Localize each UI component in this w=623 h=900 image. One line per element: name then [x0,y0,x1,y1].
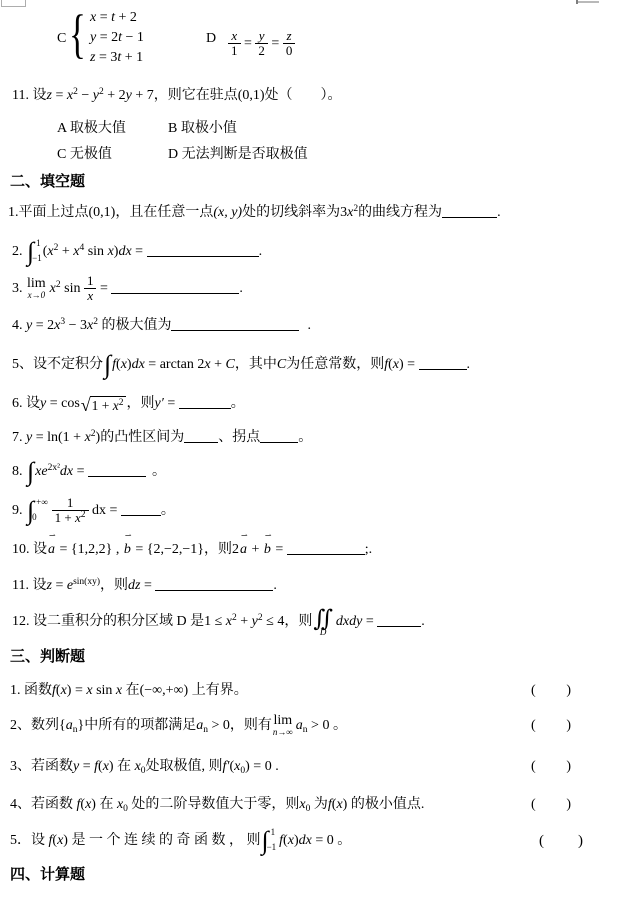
superscript: 2 [73,87,78,97]
equation-system: x = t + 2 y = 2t − 1 z = 3t + 1 [90,8,144,68]
blank-underline [155,578,273,591]
integral-upper-bound: +∞ [36,498,48,507]
judge-question-4: 4、若函数 f(x) 在 x0 处的二阶导数值大于零，则x0 为f(x) 的极小… [0,795,623,815]
section-header-judge: 三、判断题 [0,646,623,666]
vector-arrow-icon: ⇀ [241,532,248,540]
text: 4、若函数 [10,797,77,812]
choice-options-row-1: A 取极大值 B 取极小值 [0,119,623,139]
answer-parentheses: () [531,757,571,777]
text: . [273,578,277,593]
subscript: 0 [123,804,128,814]
text: = arctan 2 [145,357,205,372]
text: 1 [67,495,74,510]
vector-letter: b [264,542,271,557]
text: 3、若函数 [10,759,73,774]
math-variable: dx [118,244,131,259]
judge-question-4-text: 4、若函数 f(x) 在 x0 处的二阶导数值大于零，则x0 为f(x) 的极小… [10,797,424,812]
text: 处取极值, 则 [146,759,223,774]
text: ;. [365,542,372,557]
limit-label: lim [274,714,293,728]
text: . [467,357,471,372]
superscript: 2 [56,280,61,290]
text: 11. 设 [12,578,46,593]
numerator: x [228,29,240,43]
text: 。 [298,430,312,445]
text: = 2 [96,30,118,45]
fill-question-12: 12. 设二重积分的积分区域 D 是1 ≤ x2 + y2 ≤ 4，则∬Ddxd… [0,606,623,638]
math-variable: dz [128,578,140,593]
superscript: 4 [79,243,84,253]
text: + [211,357,226,372]
subscript: 0 [240,766,245,776]
integral: ∫+∞0 [27,497,48,525]
fraction: 1x [84,274,97,304]
text: = [79,759,94,774]
math-variable: dx [60,464,73,479]
text: dx = [89,503,121,518]
text: ≤ 4，则 [263,614,313,629]
blank-underline [442,205,497,218]
text: ) = [67,683,87,698]
math-variable: x [47,244,53,259]
limit: limn→∞ [273,714,293,737]
vector: ⇀b [264,539,271,561]
superscript: 2x² [48,463,60,473]
vector-letter: a [48,542,55,557]
fill-question-7: 7. y = ln(1 + x2)的凸性区间为、拐点。 [0,428,623,448]
text: = cos [46,396,80,411]
superscript: 2 [91,429,96,439]
fraction: z0 [283,29,296,59]
math-variable: x [299,797,305,812]
text: + [248,542,263,557]
math-variable: x [231,28,237,43]
fill-question-2: 2. ∫1−1(x2 + x4 sin x)dx = . [0,236,623,268]
superscript: 2 [54,243,59,253]
vector: ⇀a [240,539,247,561]
integral-upper-bound: 1 [271,828,277,837]
text: = 2 [32,318,54,333]
text: (0,1) [89,205,116,220]
denominator: 0 [283,43,296,58]
text: 。 [231,396,245,411]
blank-underline [147,244,259,257]
judge-question-2-text: 2、数列{an}中所有的项都满足an > 0，则有limn→∞an > 0 。 [10,718,347,733]
text: = [362,614,377,629]
text: = 3 [95,50,117,65]
denominator: 1 + x2 [52,510,89,525]
text: ，则 [127,396,155,411]
text: = [140,578,155,593]
paren-open: ( [531,795,536,815]
answer-parentheses: () [531,795,571,815]
integral: ∫1−1 [27,238,42,266]
text: = [52,578,67,593]
denominator: 2 [255,43,268,58]
text: 4. [12,318,26,333]
text: sin [61,281,84,296]
choice-cd-row: C { x = t + 2 y = 2t − 1 z = 3t + 1 D x1… [0,6,623,70]
text: = [52,88,67,103]
denominator: x [84,288,97,303]
numerator: 1 [84,274,97,288]
integral-bounds: 1−1 [269,827,277,855]
math-variable: y [93,88,99,103]
answer-parentheses: () [539,826,583,856]
text: . [239,281,243,296]
text: ) 是 一 个 连 续 的 奇 函 数 ， 则 [63,833,260,848]
option-d-formula: x1 = y2 = z0 [228,22,295,66]
subscript: n [203,725,208,735]
subscript: 0 [306,804,311,814]
vector-letter: b [124,542,131,557]
integral-domain-label: D [320,628,327,637]
text: ，其中 [235,357,277,372]
text: 1 + [55,510,75,525]
section-header-calc: 四、计算题 [0,864,623,884]
integral-bounds: 1−1 [34,238,42,266]
text: = {2,−2,−1}，则2 [132,542,239,557]
judge-question-3: 3、若函数y = f(x) 在 x0处取极值, 则f′(x0) = 0 . () [0,757,623,777]
math-variable: a [66,718,73,733]
text: = 0 。 [312,833,351,848]
blank-underline [179,396,231,409]
option-d-label: D [206,31,216,47]
text: 5．设 [10,833,49,848]
text: 2、数列{ [10,718,66,733]
text: ) = 0 . [245,759,279,774]
fraction: 11 + x2 [52,496,89,526]
paren-open: ( [531,757,536,777]
text: . [421,614,425,629]
superscript: sin(xy) [73,577,100,587]
text: 、拐点 [218,430,260,445]
text: + 2 [104,88,126,103]
text: > 0 。 [308,718,347,733]
text: − 3 [65,318,87,333]
math-variable: f′ [223,759,230,774]
text: = [132,244,147,259]
vector: ⇀a [48,539,55,561]
screen-artifact-topright [577,1,599,3]
judge-question-1: 1. 函数f(x) = x sin x 在(−∞,+∞) 上有界。 () [0,681,623,701]
text: 7. [12,430,26,445]
vector-arrow-icon: ⇀ [125,532,132,540]
text: + [237,614,252,629]
answer-parentheses: () [531,713,571,739]
text: ) = [399,357,419,372]
numerator: 1 [64,496,77,510]
math-variable: C [277,357,286,372]
blank-underline [287,542,365,555]
math-variable: x [75,510,81,525]
integral-lower-bound: 0 [32,513,48,522]
integral: ∫ [27,458,34,486]
math-variable: x [85,430,91,445]
blank-underline [121,503,161,516]
subscript: 0 [141,766,146,776]
choice-options-row-2: C 无极值 D 无法判断是否取极值 [0,145,623,165]
option-c: C 无极值 [57,145,112,165]
system-equation-2: y = 2t − 1 [90,28,144,48]
text: 在(−∞,+∞) 上有界。 [122,683,248,698]
judge-question-2: 2、数列{an}中所有的项都满足an > 0，则有limn→∞an > 0 。 … [0,713,623,739]
text: 8. [12,464,26,479]
judge-question-1-text: 1. 函数f(x) = x sin x 在(−∞,+∞) 上有界。 [10,683,248,698]
text: = [268,36,283,51]
text: = [241,36,256,51]
integral-lower-bound: −1 [32,254,42,263]
text: = {1,2,2} , [56,542,123,557]
vector-letter: a [240,542,247,557]
superscript: 3 [60,317,65,327]
math-variable: dx [132,357,145,372]
option-a: A 取极大值 [57,119,126,139]
text: = ln [32,430,58,445]
text: − 1 [122,30,144,45]
text: = [96,281,111,296]
superscript: 2 [258,613,263,623]
blank-underline [184,430,218,443]
limit-under: n→∞ [273,728,293,737]
fill-question-11: 11. 设z = esin(xy)，则dz = . [0,575,623,597]
integral-upper-bound: 1 [36,239,42,248]
superscript: 2 [93,317,98,327]
text: . [307,318,311,333]
text: }中所有的项都满足 [77,718,196,733]
vector: ⇀b [124,539,131,561]
text: ) 在 [91,797,117,812]
limit-label: lim [27,277,46,291]
text: 1 [87,273,94,288]
blank-underline [377,614,421,627]
text: − [78,88,93,103]
text: sin [84,244,107,259]
integral-lower-bound: −1 [267,843,277,852]
text: = [96,10,111,25]
text: 为 [310,797,328,812]
text: 5、设不定积分 [12,357,103,372]
option-b: B 取极小值 [168,119,237,139]
vector-arrow-icon: ⇀ [49,532,56,540]
integral-sign: ∫ [27,458,34,486]
subscript: n [73,725,78,735]
superscript: 2 [81,510,86,520]
math-variable: x [87,288,93,303]
text: 12. 设二重积分的积分区域 D 是1 ≤ [12,614,226,629]
text: 1 + [92,398,113,413]
math-variable: y [252,614,258,629]
math-variable: C [226,357,235,372]
integral-sign: ∫ [104,351,111,379]
fill-question-6: 6. 设y = cos√1 + x2，则y′ = 。 [0,392,623,416]
paren-close: ) [578,826,583,856]
math-variable: y′ [155,396,164,411]
paren-close: ) [566,757,571,777]
text: (1 + [58,430,85,445]
superscript: 2 [232,613,237,623]
blank-underline [88,464,146,477]
fill-question-4: 4. y = 2x3 − 3x2 的极大值为. [0,316,623,336]
blank-underline [260,430,298,443]
section-header-fill: 二、填空题 [0,171,623,191]
fill-question-1: 1.平面上过点(0,1)，且在任意一点(x, y)处的切线斜率为3x2的曲线方程… [0,203,623,223]
paren-close: ) [566,713,571,739]
math-variable: z [287,28,292,43]
text: 处（ ）。 [265,88,342,103]
fill-question-8: 8. ∫xe2x²dx = 。 [0,458,623,486]
text: ，且在任意一点 [115,205,213,220]
judge-question-5-text: 5．设 f(x) 是 一 个 连 续 的 奇 函 数 ， 则∫1−1f(x)dx… [10,833,351,848]
text: 2. [12,244,26,259]
paren-open: ( [531,681,536,701]
text: (0,1) [238,88,265,103]
numerator: z [284,29,295,43]
text: 10. 设 [12,542,47,557]
text: 处的切线斜率为3 [242,205,347,220]
math-variable: x [50,281,56,296]
text: = [73,464,88,479]
math-variable: xe [35,464,47,479]
option-d: D 无法判断是否取极值 [168,145,308,165]
system-equation-1: x = t + 2 [90,8,144,28]
math-variable: (x, y) [213,205,242,220]
fill-question-9: 9. ∫+∞011 + x2 dx = 。 [0,494,623,528]
text: 9. [12,503,26,518]
numerator: y [256,29,268,43]
math-variable: dx [299,833,312,848]
text: + 2 [115,10,137,25]
text: 1. 函数 [10,683,52,698]
text: = [164,396,179,411]
text: 的曲线方程为 [358,205,442,220]
text: 2 [258,43,265,58]
paren-close: ) [566,681,571,701]
text: > 0，则有 [208,718,272,733]
text: 为任意常数，则 [286,357,384,372]
math-variable: x [135,759,141,774]
blank-underline [111,281,239,294]
fraction: x1 [228,29,241,59]
fill-question-3: 3. limx→0x2 sin 1x = . [0,272,623,306]
text: . [497,205,501,220]
text: 6. 设 [12,396,40,411]
paren-close: ) [566,795,571,815]
question-11-stem: 11. 设z = x2 − y2 + 2y + 7，则它在驻点(0,1)处（ ）… [0,86,623,106]
paren-open: ( [531,713,536,739]
fraction: y2 [255,29,268,59]
text: 1 [231,43,238,58]
text: 。 [161,503,175,518]
fill-question-10: 10. 设⇀a = {1,2,2} , ⇀b = {2,−2,−1}，则2⇀a … [0,539,623,561]
vector-arrow-icon: ⇀ [265,532,272,540]
radicand: 1 + x2 [90,396,126,413]
subscript: n [303,725,308,735]
superscript: 2 [119,398,124,408]
math-variable: x [113,398,119,413]
text: 0 [286,43,293,58]
limit: limx→0 [27,277,46,300]
screen-artifact-topright-tick [576,0,578,4]
judge-question-5: 5．设 f(x) 是 一 个 连 续 的 奇 函 数 ， 则∫1−1f(x)dx… [0,826,623,856]
math-variable: dxdy [336,614,362,629]
system-brace: { [69,3,86,65]
text: = [272,542,287,557]
math-variable: y [259,28,265,43]
text: 1.平面上过点 [8,205,89,220]
text: sin [93,683,116,698]
text: 的凸性区间为 [100,430,184,445]
exam-page: C { x = t + 2 y = 2t − 1 z = 3t + 1 D x1… [0,0,623,900]
math-variable: a [296,718,303,733]
text: ) 的极小值点. [343,797,425,812]
denominator: 1 [228,43,241,58]
text: 处的二阶导数值大于零，则 [128,797,300,812]
text: 。 [152,464,166,479]
judge-question-3-text: 3、若函数y = f(x) 在 x0处取极值, 则f′(x0) = 0 . [10,759,279,774]
system-equation-3: z = 3t + 1 [90,48,144,68]
text: + 7，则它在驻点 [132,88,238,103]
text: . [259,244,263,259]
text: 11. 设 [12,88,46,103]
answer-parentheses: () [531,681,571,701]
text: + [58,244,73,259]
double-integral: ∬D [313,607,333,637]
square-root: √1 + x2 [81,396,126,414]
text: + 1 [121,50,143,65]
blank-underline [419,357,467,370]
superscript: 2 [353,204,358,214]
text: ) 在 [109,759,135,774]
blank-underline [171,318,299,331]
integral-bounds: +∞0 [34,497,48,525]
text: ，则 [100,578,128,593]
text: 3. [12,281,26,296]
integral: ∫1−1 [261,827,276,855]
paren-open: ( [539,826,544,856]
fill-question-5: 5、设不定积分∫f(x)dx = arctan 2x + C，其中C为任意常数，… [0,351,623,377]
text: 的极大值为 [98,318,172,333]
limit-under: x→0 [28,291,46,300]
superscript: 2 [99,87,104,97]
integral: ∫ [104,351,111,379]
option-c-label: C [57,31,66,47]
